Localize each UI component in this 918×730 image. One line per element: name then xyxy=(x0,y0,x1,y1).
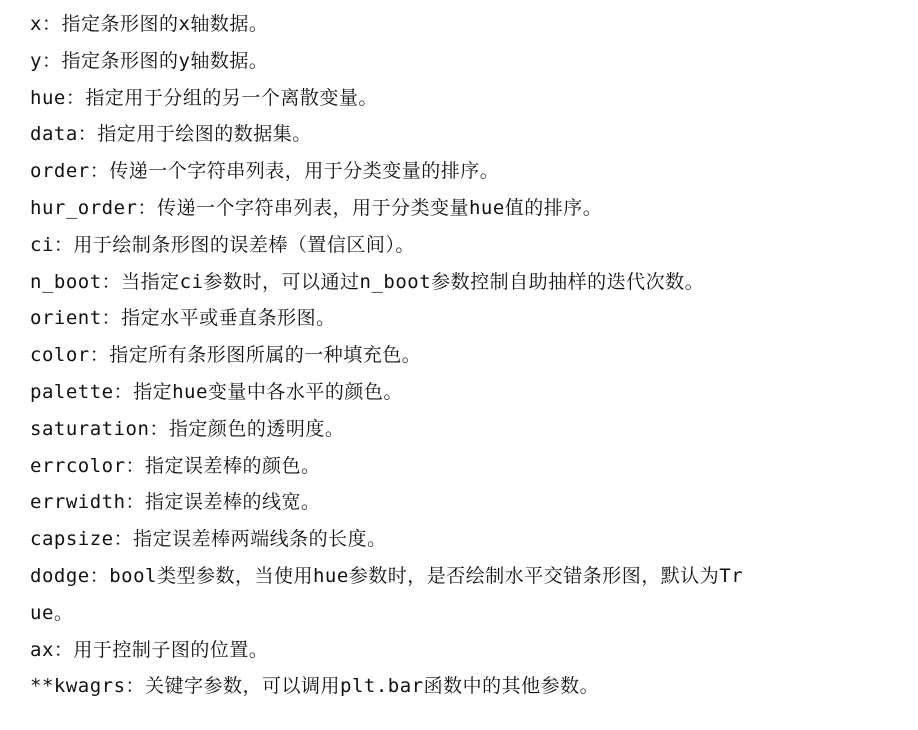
param-errcolor-line: errcolor：指定误差棒的颜色。 xyxy=(30,448,918,485)
param-errwidth-line: errwidth：指定误差棒的线宽。 xyxy=(30,484,918,521)
param-kwargs-line: **kwagrs：关键字参数，可以调用plt.bar函数中的其他参数。 xyxy=(30,668,918,705)
param-capsize-line: capsize：指定误差棒两端线条的长度。 xyxy=(30,521,918,558)
param-x-line: x：指定条形图的x轴数据。 xyxy=(30,6,918,43)
param-ax-line: ax：用于控制子图的位置。 xyxy=(30,632,918,669)
param-dodge-line-continued: ue。 xyxy=(30,595,918,632)
param-color-line: color：指定所有条形图所属的一种填充色。 xyxy=(30,337,918,374)
param-order-line: order：传递一个字符串列表，用于分类变量的排序。 xyxy=(30,153,918,190)
param-n-boot-line: n_boot：当指定ci参数时，可以通过n_boot参数控制自助抽样的迭代次数。 xyxy=(30,264,918,301)
parameter-description-document: x：指定条形图的x轴数据。 y：指定条形图的y轴数据。 hue：指定用于分组的另… xyxy=(0,0,918,705)
param-hue-order-line: hur_order：传递一个字符串列表，用于分类变量hue值的排序。 xyxy=(30,190,918,227)
param-palette-line: palette：指定hue变量中各水平的颜色。 xyxy=(30,374,918,411)
param-ci-line: ci：用于绘制条形图的误差棒（置信区间）。 xyxy=(30,227,918,264)
param-y-line: y：指定条形图的y轴数据。 xyxy=(30,43,918,80)
param-saturation-line: saturation：指定颜色的透明度。 xyxy=(30,411,918,448)
param-dodge-line: dodge：bool类型参数，当使用hue参数时，是否绘制水平交错条形图，默认为… xyxy=(30,558,918,595)
param-orient-line: orient：指定水平或垂直条形图。 xyxy=(30,300,918,337)
param-hue-line: hue：指定用于分组的另一个离散变量。 xyxy=(30,80,918,117)
param-data-line: data：指定用于绘图的数据集。 xyxy=(30,116,918,153)
